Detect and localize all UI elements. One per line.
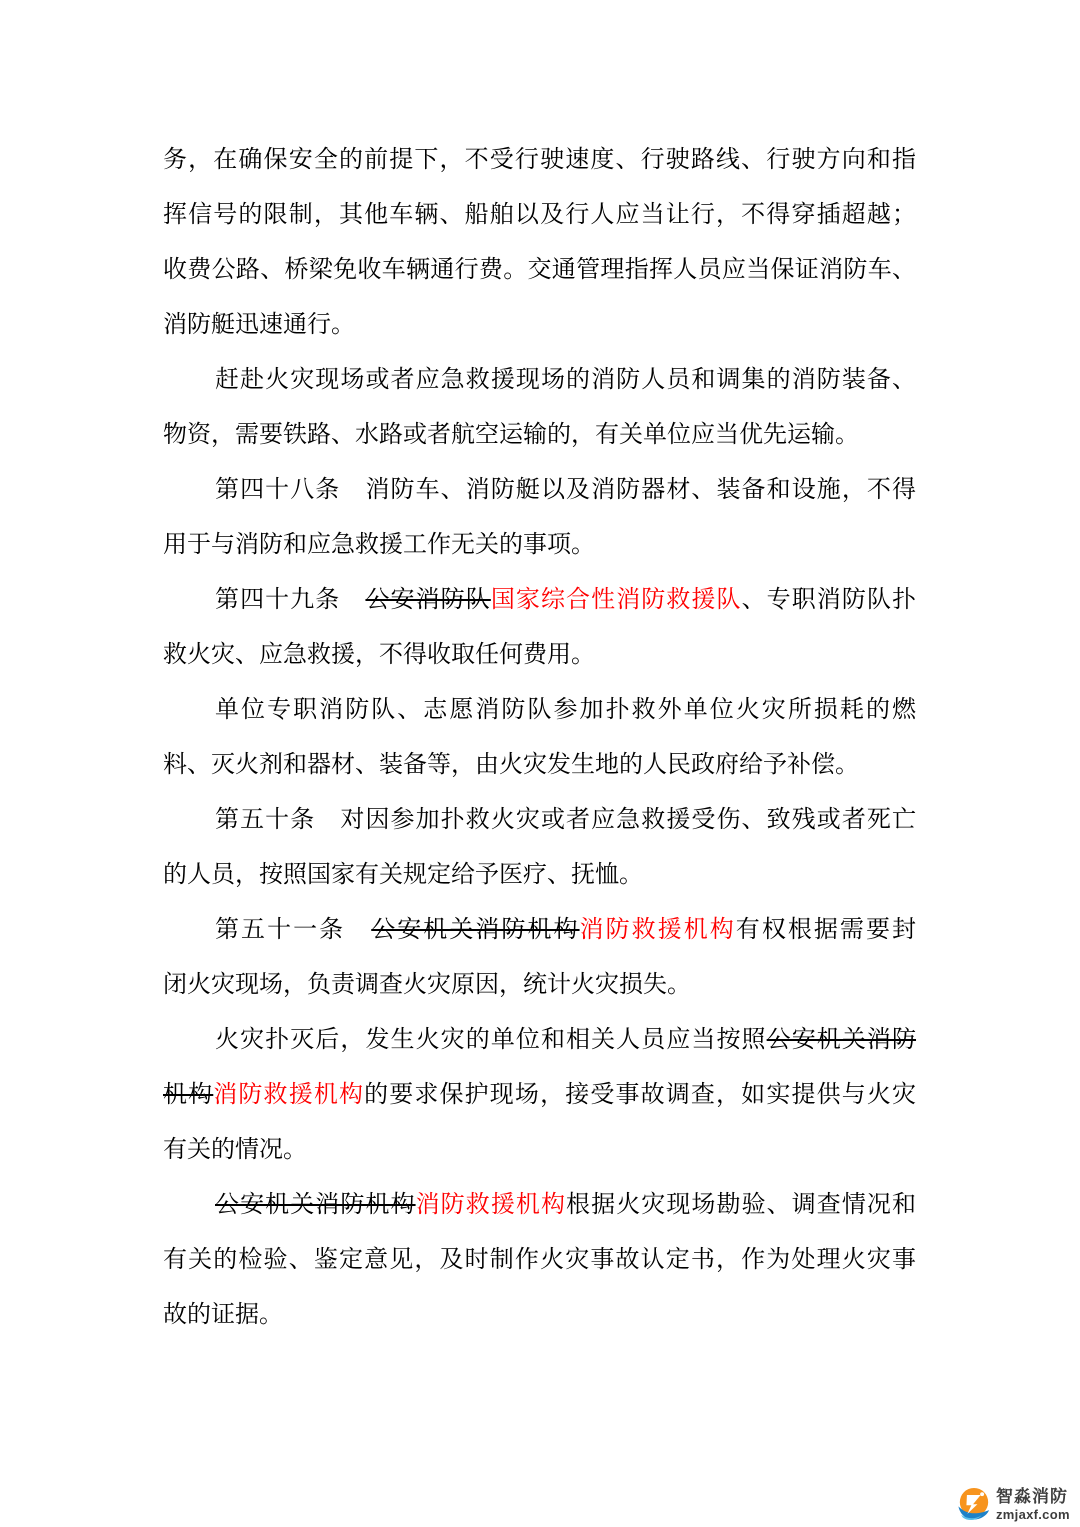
text-run: 用于与消防和应急救援工作无关的事项。: [163, 532, 595, 558]
text-line: 消防艇迅速通行。: [163, 298, 916, 353]
text-run: 第四十九条: [215, 587, 365, 613]
text-line: 挥信号的限制，其他车辆、船舶以及行人应当让行，不得穿插超越；: [163, 188, 916, 243]
text-run: 的人员，按照国家有关规定给予医疗、抚恤。: [163, 862, 643, 888]
text-run: 务，在确保安全的前提下，不受行驶速度、行驶路线、行驶方向和指: [163, 147, 916, 173]
text-line: 的人员，按照国家有关规定给予医疗、抚恤。: [163, 848, 916, 903]
document-page: 务，在确保安全的前提下，不受行驶速度、行驶路线、行驶方向和指挥信号的限制，其他车…: [0, 0, 1080, 1527]
text-line: 火灾扑灭后，发生火灾的单位和相关人员应当按照公安机关消防: [163, 1013, 916, 1068]
text-run: 故的证据。: [163, 1302, 283, 1328]
watermark-domain: zmjaxf.com: [996, 1508, 1070, 1521]
text-run: 收费公路、桥梁免收车辆通行费。交通管理指挥人员应当保证消防车、: [163, 257, 916, 283]
text-line: 故的证据。: [163, 1288, 916, 1343]
deleted-text-run: 公安机关消防机构: [371, 917, 579, 943]
text-run: 挥信号的限制，其他车辆、船舶以及行人应当让行，不得穿插超越；: [163, 202, 916, 228]
text-run: 闭火灾现场，负责调查火灾原因，统计火灾损失。: [163, 972, 691, 998]
text-run: 消防艇迅速通行。: [163, 312, 355, 338]
watermark-text: 智淼消防 zmjaxf.com: [996, 1488, 1070, 1521]
text-line: 闭火灾现场，负责调查火灾原因，统计火灾损失。: [163, 958, 916, 1013]
text-run: 救火灾、应急救援，不得收取任何费用。: [163, 642, 595, 668]
text-run: 料、灭火剂和器材、装备等，由火灾发生地的人民政府给予补偿。: [163, 752, 859, 778]
text-run: 根据火灾现场勘验、调查情况和: [566, 1192, 916, 1218]
text-run: 单位专职消防队、志愿消防队参加扑救外单位火灾所损耗的燃: [215, 697, 916, 723]
deleted-text-run: 公安机关消防机构: [215, 1192, 416, 1218]
text-line: 用于与消防和应急救援工作无关的事项。: [163, 518, 916, 573]
text-run: 、专职消防队扑: [742, 587, 916, 613]
text-run: 第五十条 对因参加扑救火灾或者应急救援受伤、致残或者死亡: [215, 807, 916, 833]
text-line: 第四十八条 消防车、消防艇以及消防器材、装备和设施，不得: [163, 463, 916, 518]
text-line: 机构消防救援机构的要求保护现场，接受事故调查，如实提供与火灾: [163, 1068, 916, 1123]
text-line: 物资，需要铁路、水路或者航空运输的，有关单位应当优先运输。: [163, 408, 916, 463]
deleted-text-run: 公安机关消防: [767, 1027, 916, 1053]
text-line: 公安机关消防机构消防救援机构根据火灾现场勘验、调查情况和: [163, 1178, 916, 1233]
added-text-run: 消防救援机构: [213, 1082, 364, 1108]
text-run: 有权根据需要封: [736, 917, 916, 943]
text-line: 务，在确保安全的前提下，不受行驶速度、行驶路线、行驶方向和指: [163, 133, 916, 188]
zhimiao-logo-icon: [957, 1487, 991, 1521]
text-line: 第四十九条 公安消防队国家综合性消防救援队、专职消防队扑: [163, 573, 916, 628]
added-text-run: 消防救援机构: [416, 1192, 566, 1218]
text-run: 的要求保护现场，接受事故调查，如实提供与火灾: [364, 1082, 916, 1108]
text-run: 第四十八条 消防车、消防艇以及消防器材、装备和设施，不得: [215, 477, 916, 503]
added-text-run: 国家综合性消防救援队: [491, 587, 742, 613]
text-run: 物资，需要铁路、水路或者航空运输的，有关单位应当优先运输。: [163, 422, 859, 448]
text-run: 有关的检验、鉴定意见，及时制作火灾事故认定书，作为处理火灾事: [163, 1247, 916, 1273]
text-run: 第五十一条: [215, 917, 371, 943]
text-line: 收费公路、桥梁免收车辆通行费。交通管理指挥人员应当保证消防车、: [163, 243, 916, 298]
text-line: 救火灾、应急救援，不得收取任何费用。: [163, 628, 916, 683]
added-text-run: 消防救援机构: [580, 917, 736, 943]
text-line: 料、灭火剂和器材、装备等，由火灾发生地的人民政府给予补偿。: [163, 738, 916, 793]
deleted-text-run: 机构: [163, 1082, 213, 1108]
document-body: 务，在确保安全的前提下，不受行驶速度、行驶路线、行驶方向和指挥信号的限制，其他车…: [163, 133, 916, 1343]
text-line: 有关的情况。: [163, 1123, 916, 1178]
text-line: 第五十一条 公安机关消防机构消防救援机构有权根据需要封: [163, 903, 916, 958]
text-run: 火灾扑灭后，发生火灾的单位和相关人员应当按照: [215, 1027, 767, 1053]
text-line: 赶赴火灾现场或者应急救援现场的消防人员和调集的消防装备、: [163, 353, 916, 408]
text-line: 单位专职消防队、志愿消防队参加扑救外单位火灾所损耗的燃: [163, 683, 916, 738]
text-run: 有关的情况。: [163, 1137, 307, 1163]
site-watermark: 智淼消防 zmjaxf.com: [957, 1487, 1070, 1521]
deleted-text-run: 公安消防队: [365, 587, 490, 613]
text-run: 赶赴火灾现场或者应急救援现场的消防人员和调集的消防装备、: [215, 367, 916, 393]
watermark-brand: 智淼消防: [996, 1488, 1070, 1505]
text-line: 第五十条 对因参加扑救火灾或者应急救援受伤、致残或者死亡: [163, 793, 916, 848]
text-line: 有关的检验、鉴定意见，及时制作火灾事故认定书，作为处理火灾事: [163, 1233, 916, 1288]
